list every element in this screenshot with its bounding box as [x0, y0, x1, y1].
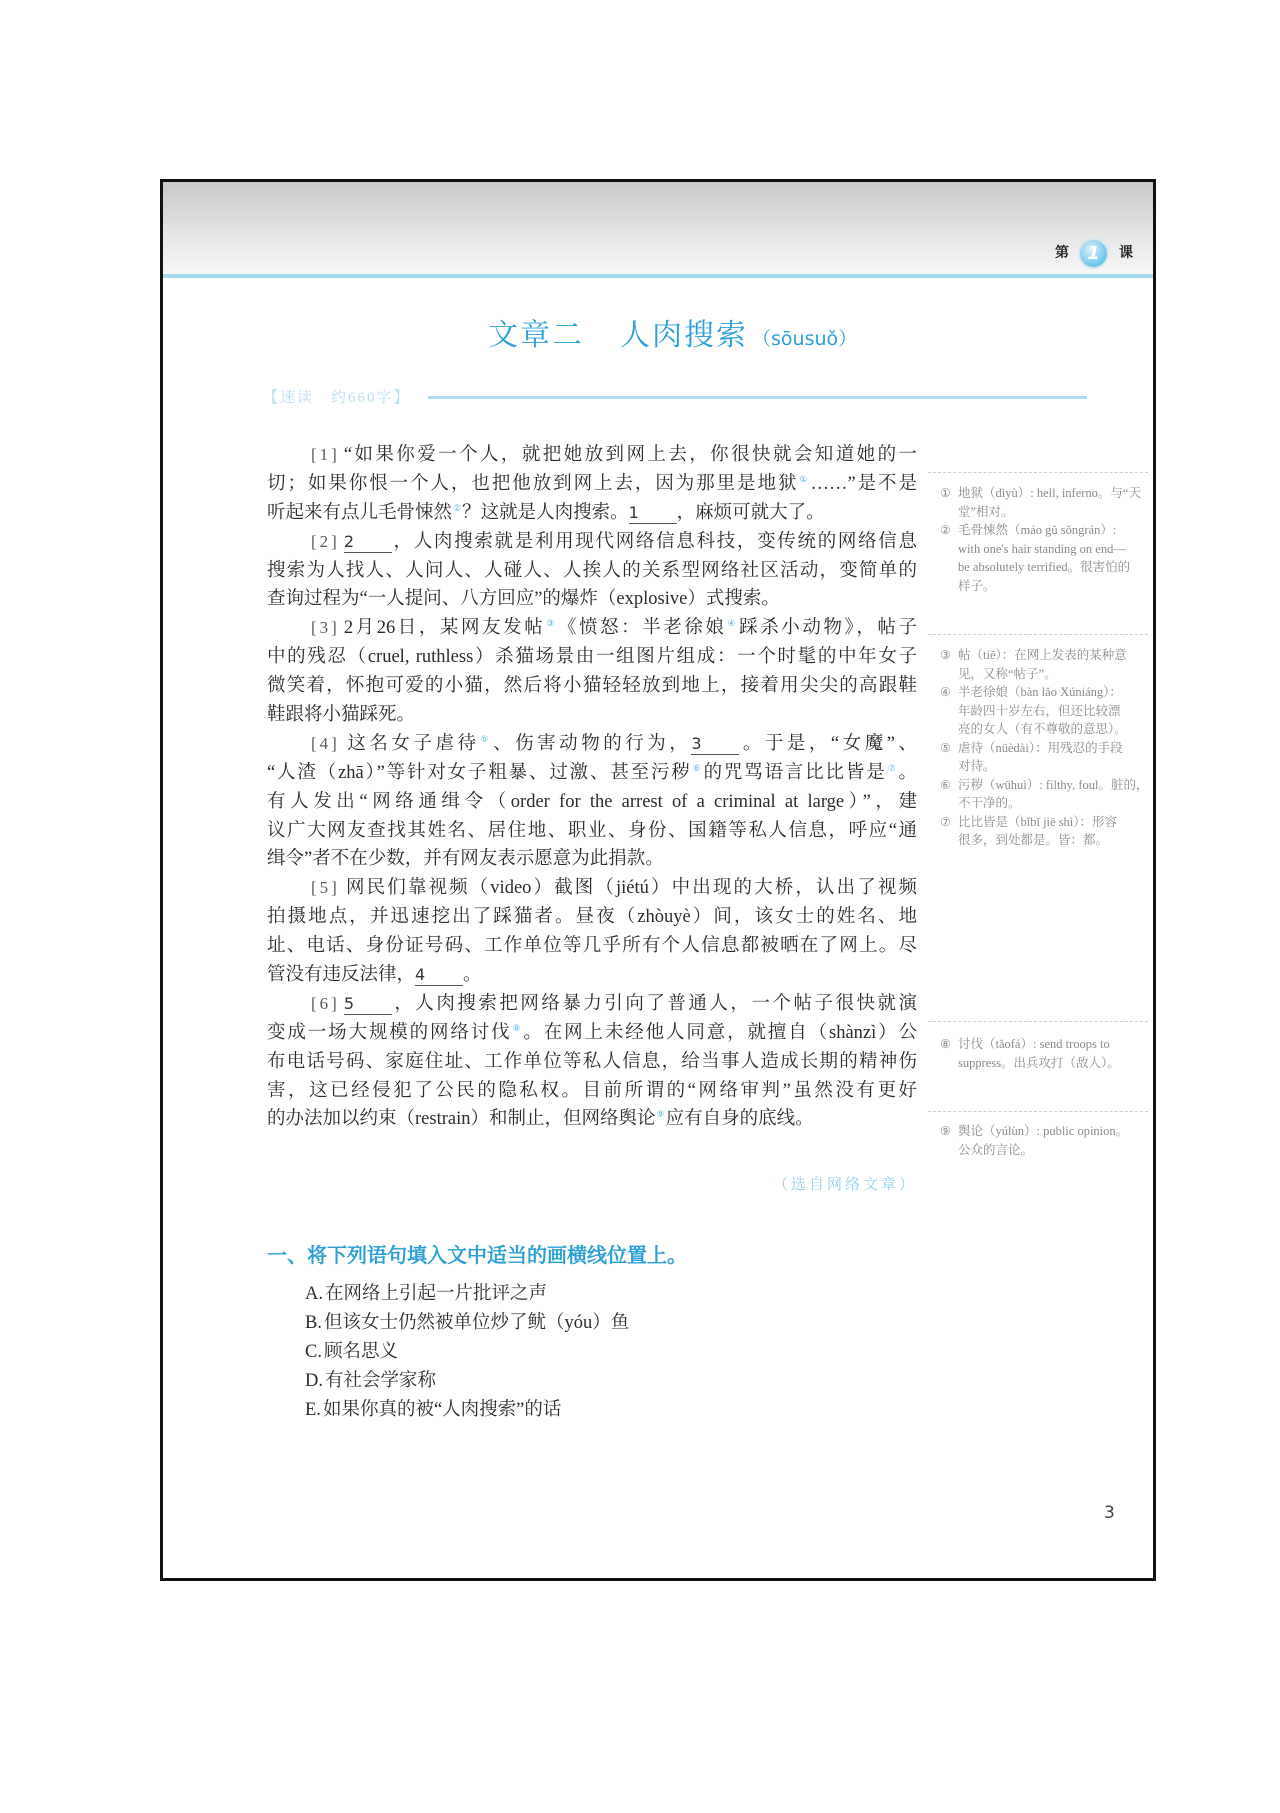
title-label: 文章二	[488, 310, 584, 354]
notes-group-2: ③ 帖（tiě）：在网上发表的某种意 见，又称“帖子”。 ④ 半老徐娘（bàn …	[940, 646, 1150, 850]
footnote-ref: ⑥	[693, 764, 703, 774]
line-text: 网民们靠视频（video）截图（jiétú）中出现的大桥，认出了视频	[344, 878, 917, 898]
line-text: 这名女子虐待	[344, 734, 480, 754]
article-line: 搜索为人找人、人问人、人碰人、人挨人的关系型网络社区活动，变简单的	[267, 557, 917, 586]
article-line: [3]2月26日，某网友发帖③《愤怒：半老徐娘④踩杀小动物》，帖子	[267, 614, 917, 643]
article-line: 布电话号码、家庭住址、工作单位等私人信息，给当事人造成长期的精神伤	[267, 1048, 917, 1077]
option-letter: B.	[305, 1313, 322, 1333]
line-text: 查询过程为“一人提问、八方回应”的爆炸（explosive）式搜索。	[267, 589, 780, 609]
option-letter: E.	[305, 1400, 321, 1420]
article-line: 缉令”者不在少数，并有网友表示愿意为此捐款。	[267, 845, 917, 874]
footnote-line: 年龄四十岁左右，但还比较漂	[958, 702, 1150, 721]
footnote-marker: ⑧	[940, 1035, 951, 1054]
option-e: E.如果你真的被“人肉搜索”的话	[305, 1396, 629, 1425]
footnote-ref: ④	[728, 619, 739, 629]
option-letter: D.	[305, 1371, 323, 1391]
article-line: 切；如果你恨一个人，也把他放到网上去，因为那里是地狱①……”是不是	[267, 470, 917, 499]
line-text: 微笑着，怀抱可爱的小猫，然后将小猫轻轻放到地上，接着用尖尖的高跟鞋	[267, 676, 917, 696]
answer-blank: 3	[691, 734, 739, 755]
footnote-ref: ⑤	[481, 735, 493, 745]
exercise-heading: 一、将下列语句填入文中适当的画横线位置上。	[267, 1240, 687, 1270]
article-line: 害，这已经侵犯了公民的隐私权。目前所谓的“网络审判”虽然没有更好	[267, 1077, 917, 1106]
footnote-9: ⑨ 舆论（yúlùn）: public opinion。 公众的言论。	[940, 1122, 1150, 1159]
footnote-line: 公众的言论。	[958, 1141, 1150, 1160]
line-text: 鞋跟将小猫踩死。	[267, 705, 415, 725]
note-divider	[928, 634, 1148, 635]
article-line: 有人发出“网络通缉令（order for the arrest of a cri…	[267, 788, 917, 817]
line-text: 应有自身的底线。	[666, 1109, 814, 1129]
footnote-line: 堂”相对。	[958, 503, 1150, 522]
article-line: 址、电话、身份证号码、工作单位等几乎所有个人信息都被晒在了网上。尽	[267, 932, 917, 961]
option-text: 有社会学家称	[325, 1371, 436, 1391]
footnote-ref: ⑦	[888, 764, 898, 774]
footnote-1: ① 地狱（dìyù）: hell, inferno。与“天 堂”相对。	[940, 484, 1150, 521]
footnote-5: ⑤ 虐待（nüèdài）：用残忍的手段 对待。	[940, 739, 1150, 776]
article-line: 管没有违反法律，4。	[267, 961, 917, 990]
footnote-line: 见，又称“帖子”。	[958, 665, 1150, 684]
footnote-2: ② 毛骨悚然（máo gǔ sǒngrán）: with one's hair …	[940, 521, 1150, 595]
line-text: ，人肉搜索就是利用现代网络信息科技，变传统的网络信息	[392, 532, 917, 552]
lesson-number-badge: 1	[1078, 238, 1109, 269]
article-line: 鞋跟将小猫踩死。	[267, 701, 917, 730]
line-text: 有人发出“网络通缉令（order for the arrest of a cri…	[267, 792, 917, 812]
article-line: [6]5，人肉搜索把网络暴力引向了普通人，一个帖子很快就演	[267, 990, 917, 1019]
line-text: 布电话号码、家庭住址、工作单位等私人信息，给当事人造成长期的精神伤	[267, 1052, 917, 1072]
footnote-line: be absolutely terrified。很害怕的	[958, 558, 1150, 577]
paragraph-1: [1]“如果你爱一个人，就把她放到网上去，你很快就会知道她的一 切；如果你恨一个…	[267, 441, 917, 528]
option-text: 在网络上引起一片批评之声	[325, 1284, 547, 1304]
article-line: 拍摄地点，并迅速挖出了踩猫者。昼夜（zhòuyè）间，该女士的姓名、地	[267, 903, 917, 932]
line-text: 址、电话、身份证号码、工作单位等几乎所有个人信息都被晒在了网上。尽	[267, 936, 917, 956]
option-text: 如果你真的被“人肉搜索”的话	[323, 1400, 561, 1420]
line-text: 《愤怒：半老徐娘	[558, 618, 727, 638]
line-text: 搜索为人找人、人问人、人碰人、人挨人的关系型网络社区活动，变简单的	[267, 561, 917, 581]
article-line: [2]2，人肉搜索就是利用现代网络信息科技，变传统的网络信息	[267, 528, 917, 557]
header-rule	[163, 274, 1153, 278]
footnote-line: 样子。	[958, 577, 1150, 596]
footnote-line: 半老徐娘（bàn lǎo Xúniáng）：	[958, 683, 1150, 702]
line-text: 。	[463, 965, 482, 985]
reading-tag: 【速读 约660字】	[263, 387, 411, 409]
footnote-3: ③ 帖（tiě）：在网上发表的某种意 见，又称“帖子”。	[940, 646, 1150, 683]
line-text: 。	[898, 763, 917, 783]
option-text: 顾名思义	[324, 1342, 398, 1362]
article-body: [1]“如果你爱一个人，就把她放到网上去，你很快就会知道她的一 切；如果你恨一个…	[267, 441, 917, 1134]
line-text: 切；如果你恨一个人，也把他放到网上去，因为那里是地狱	[267, 474, 798, 494]
paragraph-number: [3]	[311, 618, 340, 637]
article-line: [5]网民们靠视频（video）截图（jiétú）中出现的大桥，认出了视频	[267, 874, 917, 903]
line-text: 的咒骂语言比比皆是	[704, 763, 887, 783]
footnote-line: 很多，到处都是。皆：都。	[958, 831, 1150, 850]
article-line: “人渣（zhā）”等针对女子粗暴、过激、甚至污秽⑥的咒骂语言比比皆是⑦。	[267, 759, 917, 788]
paragraph-number: [6]	[311, 994, 340, 1013]
line-text: ，人肉搜索把网络暴力引向了普通人，一个帖子很快就演	[392, 994, 917, 1014]
footnote-marker: ⑤	[940, 739, 951, 758]
footnote-ref: ②	[453, 504, 461, 514]
article-line: 的办法加以约束（restrain）和制止，但网络舆论⑨应有自身的底线。	[267, 1105, 917, 1134]
article-line: 查询过程为“一人提问、八方回应”的爆炸（explosive）式搜索。	[267, 585, 917, 614]
footnote-marker: ③	[940, 646, 951, 665]
line-text: 变成一场大规模的网络讨伐	[267, 1023, 511, 1043]
footnote-line: 讨伐（tǎofá）: send troops to	[958, 1035, 1150, 1054]
line-text: 议广大网友查找其姓名、居住地、职业、身份、国籍等私人信息，呼应“通	[267, 821, 917, 841]
paragraph-number: [4]	[311, 734, 340, 753]
line-text: 、伤害动物的行为，	[493, 734, 691, 754]
line-text: 踩杀小动物》，帖子	[739, 618, 917, 638]
paragraph-number: [5]	[311, 878, 340, 897]
footnote-line: 地狱（dìyù）: hell, inferno。与“天	[958, 484, 1150, 503]
paragraph-5: [5]网民们靠视频（video）截图（jiétú）中出现的大桥，认出了视频 拍摄…	[267, 874, 917, 990]
paragraph-number: [2]	[311, 532, 340, 551]
article-line: 变成一场大规模的网络讨伐⑧。在网上未经他人同意，就擅自（shànzì）公	[267, 1019, 917, 1048]
paragraph-3: [3]2月26日，某网友发帖③《愤怒：半老徐娘④踩杀小动物》，帖子 中的残忍（c…	[267, 614, 917, 730]
note-divider	[928, 1111, 1148, 1112]
footnote-6: ⑥ 污秽（wūhuì）: filthy, foul。脏的， 不干净的。	[940, 776, 1150, 813]
article-line: [1]“如果你爱一个人，就把她放到网上去，你很快就会知道她的一	[267, 441, 917, 470]
line-text: 。在网上未经他人同意，就擅自（shànzì）公	[523, 1023, 917, 1043]
line-text: 2月26日，某网友发帖	[344, 618, 545, 638]
note-divider	[928, 1021, 1148, 1022]
footnote-line: 虐待（nüèdài）：用残忍的手段	[958, 739, 1150, 758]
footnote-marker: ②	[940, 521, 951, 540]
article-line: 中的残忍（cruel, ruthless）杀猫场景由一组图片组成：一个时髦的中年…	[267, 643, 917, 672]
note-divider	[928, 472, 1148, 473]
lesson-suffix: 课	[1119, 243, 1133, 263]
line-text: “如果你爱一个人，就把她放到网上去，你很快就会知道她的一	[344, 445, 917, 465]
footnote-7: ⑦ 比比皆是（bǐbǐ jiē shì）：形容 很多，到处都是。皆：都。	[940, 813, 1150, 850]
line-text: “人渣（zhā）”等针对女子粗暴、过激、甚至污秽	[267, 763, 692, 783]
article-source: （选自网络文章）	[700, 1172, 917, 1198]
notes-group-1: ① 地狱（dìyù）: hell, inferno。与“天 堂”相对。 ② 毛骨…	[940, 484, 1150, 595]
answer-blank: 4	[415, 965, 463, 986]
line-text: ……”是不是	[810, 474, 917, 494]
line-text: 缉令”者不在少数，并有网友表示愿意为此捐款。	[267, 849, 664, 869]
exercise-options: A.在网络上引起一片批评之声 B.但该女士仍然被单位炒了鱿（yóu）鱼 C.顾名…	[305, 1280, 629, 1424]
answer-blank: 5	[344, 994, 392, 1015]
footnote-ref: ⑧	[512, 1024, 522, 1034]
paragraph-4: [4]这名女子虐待⑤、伤害动物的行为，3。于是，“女魔”、 “人渣（zhā）”等…	[267, 730, 917, 874]
footnote-line: 舆论（yúlùn）: public opinion。	[958, 1122, 1150, 1141]
footnote-marker: ⑦	[940, 813, 951, 832]
option-b: B.但该女士仍然被单位炒了鱿（yóu）鱼	[305, 1309, 629, 1338]
option-a: A.在网络上引起一片批评之声	[305, 1280, 629, 1309]
line-text: 管没有违反法律，	[267, 965, 415, 985]
footnote-line: 比比皆是（bǐbǐ jiē shì）：形容	[958, 813, 1150, 832]
line-text: 中的残忍（cruel, ruthless）杀猫场景由一组图片组成：一个时髦的中年…	[267, 647, 917, 667]
option-c: C.顾名思义	[305, 1338, 629, 1367]
footnote-8: ⑧ 讨伐（tǎofá）: send troops to suppress。出兵攻…	[940, 1035, 1150, 1072]
footnote-line: 对待。	[958, 757, 1150, 776]
line-text: 听起来有点儿毛骨悚然	[267, 503, 452, 523]
option-text: 但该女士仍然被单位炒了鱿（yóu）鱼	[324, 1313, 629, 1333]
footnote-line: 帖（tiě）：在网上发表的某种意	[958, 646, 1150, 665]
title-name: 人肉搜索	[620, 310, 748, 354]
notes-group-3: ⑧ 讨伐（tǎofá）: send troops to suppress。出兵攻…	[940, 1035, 1150, 1072]
footnote-ref: ①	[799, 475, 809, 485]
paragraph-6: [6]5，人肉搜索把网络暴力引向了普通人，一个帖子很快就演 变成一场大规模的网络…	[267, 990, 917, 1134]
header-band	[163, 182, 1153, 274]
article-line: [4]这名女子虐待⑤、伤害动物的行为，3。于是，“女魔”、	[267, 730, 917, 759]
line-text: ？这就是人肉搜索。	[462, 503, 629, 523]
option-d: D.有社会学家称	[305, 1367, 629, 1396]
footnote-line: suppress。出兵攻打（敌人）。	[958, 1054, 1150, 1073]
footnote-marker: ④	[940, 683, 951, 702]
lesson-prefix: 第	[1055, 243, 1069, 263]
article-line: 议广大网友查找其姓名、居住地、职业、身份、国籍等私人信息，呼应“通	[267, 817, 917, 846]
line-text: 拍摄地点，并迅速挖出了踩猫者。昼夜（zhòuyè）间，该女士的姓名、地	[267, 907, 917, 927]
option-letter: A.	[305, 1284, 323, 1304]
footnote-line: 不干净的。	[958, 794, 1150, 813]
answer-blank: 1	[629, 503, 677, 524]
footnote-line: with one's hair standing on end—	[958, 540, 1150, 559]
article-title: 文章二 人肉搜索 （sōusuǒ）	[488, 310, 857, 354]
footnote-line: 亮的女人（有不尊敬的意思）。	[958, 720, 1150, 739]
line-text: 害，这已经侵犯了公民的隐私权。目前所谓的“网络审判”虽然没有更好	[267, 1081, 917, 1101]
footnote-4: ④ 半老徐娘（bàn lǎo Xúniáng）： 年龄四十岁左右，但还比较漂 亮…	[940, 683, 1150, 739]
option-letter: C.	[305, 1342, 322, 1362]
footnote-marker: ①	[940, 484, 951, 503]
line-text: 。于是，“女魔”、	[739, 734, 917, 754]
line-text: ，麻烦可就大了。	[677, 503, 825, 523]
line-text: 的办法加以约束（restrain）和制止，但网络舆论	[267, 1109, 655, 1129]
footnote-ref: ③	[546, 619, 557, 629]
reading-rule	[428, 396, 1087, 399]
page-number: 3	[1104, 1501, 1115, 1525]
footnote-ref: ⑨	[656, 1110, 664, 1120]
footnote-line: 毛骨悚然（máo gǔ sǒngrán）:	[958, 521, 1150, 540]
footnote-marker: ⑥	[940, 776, 951, 795]
title-pinyin: （sōusuǒ）	[752, 324, 857, 351]
footnote-marker: ⑨	[940, 1122, 951, 1141]
article-line: 微笑着，怀抱可爱的小猫，然后将小猫轻轻放到地上，接着用尖尖的高跟鞋	[267, 672, 917, 701]
paragraph-2: [2]2，人肉搜索就是利用现代网络信息科技，变传统的网络信息 搜索为人找人、人问…	[267, 528, 917, 615]
article-line: 听起来有点儿毛骨悚然②？这就是人肉搜索。1，麻烦可就大了。	[267, 499, 917, 528]
notes-group-4: ⑨ 舆论（yúlùn）: public opinion。 公众的言论。	[940, 1122, 1150, 1159]
footnote-line: 污秽（wūhuì）: filthy, foul。脏的，	[958, 776, 1150, 795]
answer-blank: 2	[344, 532, 392, 553]
paragraph-number: [1]	[311, 445, 340, 464]
